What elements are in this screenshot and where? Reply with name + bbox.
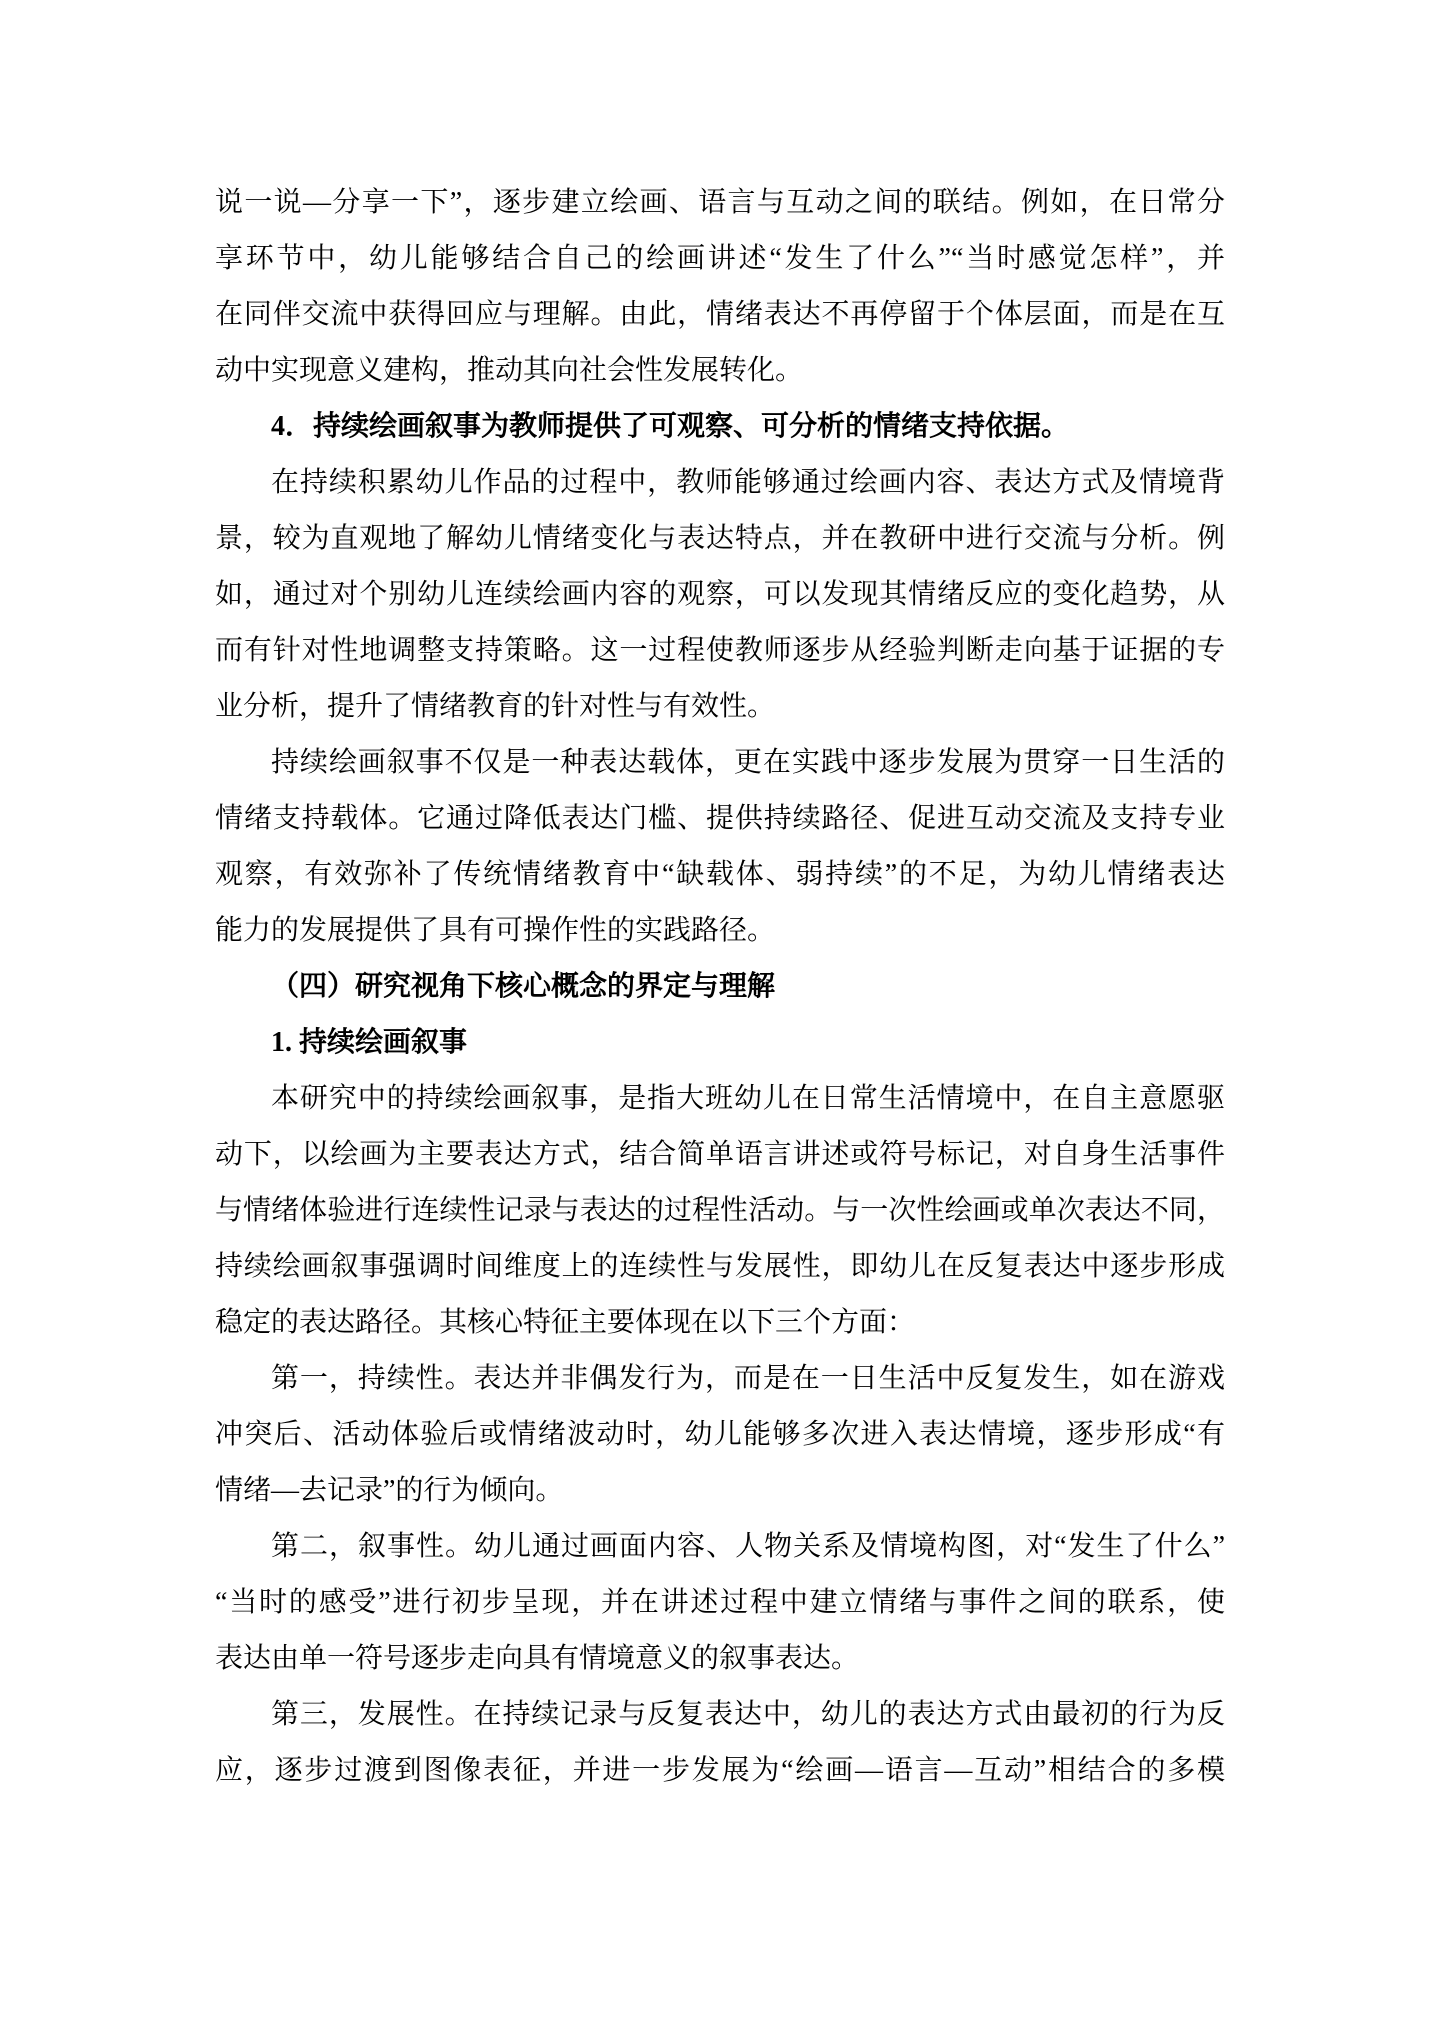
text-line: 第一，持续性。表达并非偶发行为，而是在一日生活中反复发生，如在游戏 [215,1351,1225,1407]
text-line: 与情绪体验进行连续性记录与表达的过程性活动。与一次性绘画或单次表达不同， [215,1183,1225,1239]
text-line: 业分析，提升了情绪教育的针对性与有效性。 [215,679,1225,735]
text-line: 第二，叙事性。幼儿通过画面内容、人物关系及情境构图，对“发生了什么” [215,1519,1225,1575]
text-line: 景，较为直观地了解幼儿情绪变化与表达特点，并在教研中进行交流与分析。例 [215,511,1225,567]
paragraph-interaction-linkage: 说一说—分享一下”，逐步建立绘画、语言与互动之间的联结。例如，在日常分享环节中，… [215,175,1225,399]
paragraph-carrier-summary: 持续绘画叙事不仅是一种表达载体，更在实践中逐步发展为贯穿一日生活的情绪支持载体。… [215,735,1225,959]
text-line: 第三，发展性。在持续记录与反复表达中，幼儿的表达方式由最初的行为反 [215,1687,1225,1743]
text-line: （四）研究视角下核心概念的界定与理解 [215,959,1225,1015]
text-line: 动中实现意义建构，推动其向社会性发展转化。 [215,343,1225,399]
text-line: 在持续积累幼儿作品的过程中，教师能够通过绘画内容、表达方式及情境背 [215,455,1225,511]
text-line: 观察，有效弥补了传统情绪教育中“缺载体、弱持续”的不足，为幼儿情绪表达 [215,847,1225,903]
text-line: 冲突后、活动体验后或情绪波动时，幼儿能够多次进入表达情境，逐步形成“有 [215,1407,1225,1463]
text-line: 本研究中的持续绘画叙事，是指大班幼儿在日常生活情境中，在自主意愿驱 [215,1071,1225,1127]
text-line: “当时的感受”进行初步呈现，并在讲述过程中建立情绪与事件之间的联系，使 [215,1575,1225,1631]
paragraph-feature-persistence: 第一，持续性。表达并非偶发行为，而是在一日生活中反复发生，如在游戏冲突后、活动体… [215,1351,1225,1519]
text-line: 动下，以绘画为主要表达方式，结合简单语言讲述或符号标记，对自身生活事件 [215,1127,1225,1183]
heading-point-4: 4．持续绘画叙事为教师提供了可观察、可分析的情绪支持依据。 [215,399,1225,455]
text-line: 如，通过对个别幼儿连续绘画内容的观察，可以发现其情绪反应的变化趋势，从 [215,567,1225,623]
document-page: 说一说—分享一下”，逐步建立绘画、语言与互动之间的联结。例如，在日常分享环节中，… [0,0,1440,2036]
text-line: 持续绘画叙事强调时间维度上的连续性与发展性，即幼儿在反复表达中逐步形成 [215,1239,1225,1295]
heading-concept-1: 1. 持续绘画叙事 [215,1015,1225,1071]
paragraph-observation-evidence: 在持续积累幼儿作品的过程中，教师能够通过绘画内容、表达方式及情境背景，较为直观地… [215,455,1225,735]
text-line: 持续绘画叙事不仅是一种表达载体，更在实践中逐步发展为贯穿一日生活的 [215,735,1225,791]
text-line: 4．持续绘画叙事为教师提供了可观察、可分析的情绪支持依据。 [215,399,1225,455]
text-line: 情绪—去记录”的行为倾向。 [215,1463,1225,1519]
text-line: 在同伴交流中获得回应与理解。由此，情绪表达不再停留于个体层面，而是在互 [215,287,1225,343]
text-line: 能力的发展提供了具有可操作性的实践路径。 [215,903,1225,959]
paragraph-definition: 本研究中的持续绘画叙事，是指大班幼儿在日常生活情境中，在自主意愿驱动下，以绘画为… [215,1071,1225,1351]
paragraph-feature-narrativity: 第二，叙事性。幼儿通过画面内容、人物关系及情境构图，对“发生了什么”“当时的感受… [215,1519,1225,1687]
document-content: 说一说—分享一下”，逐步建立绘画、语言与互动之间的联结。例如，在日常分享环节中，… [215,175,1225,1799]
paragraph-feature-development: 第三，发展性。在持续记录与反复表达中，幼儿的表达方式由最初的行为反应，逐步过渡到… [215,1687,1225,1799]
text-line: 说一说—分享一下”，逐步建立绘画、语言与互动之间的联结。例如，在日常分 [215,175,1225,231]
text-line: 情绪支持载体。它通过降低表达门槛、提供持续路径、促进互动交流及支持专业 [215,791,1225,847]
text-line: 1. 持续绘画叙事 [215,1015,1225,1071]
text-line: 表达由单一符号逐步走向具有情境意义的叙事表达。 [215,1631,1225,1687]
text-line: 应，逐步过渡到图像表征，并进一步发展为“绘画—语言—互动”相结合的多模 [215,1743,1225,1799]
text-line: 而有针对性地调整支持策略。这一过程使教师逐步从经验判断走向基于证据的专 [215,623,1225,679]
text-line: 享环节中，幼儿能够结合自己的绘画讲述“发生了什么”“当时感觉怎样”，并 [215,231,1225,287]
text-line: 稳定的表达路径。其核心特征主要体现在以下三个方面： [215,1295,1225,1351]
heading-section-four: （四）研究视角下核心概念的界定与理解 [215,959,1225,1015]
